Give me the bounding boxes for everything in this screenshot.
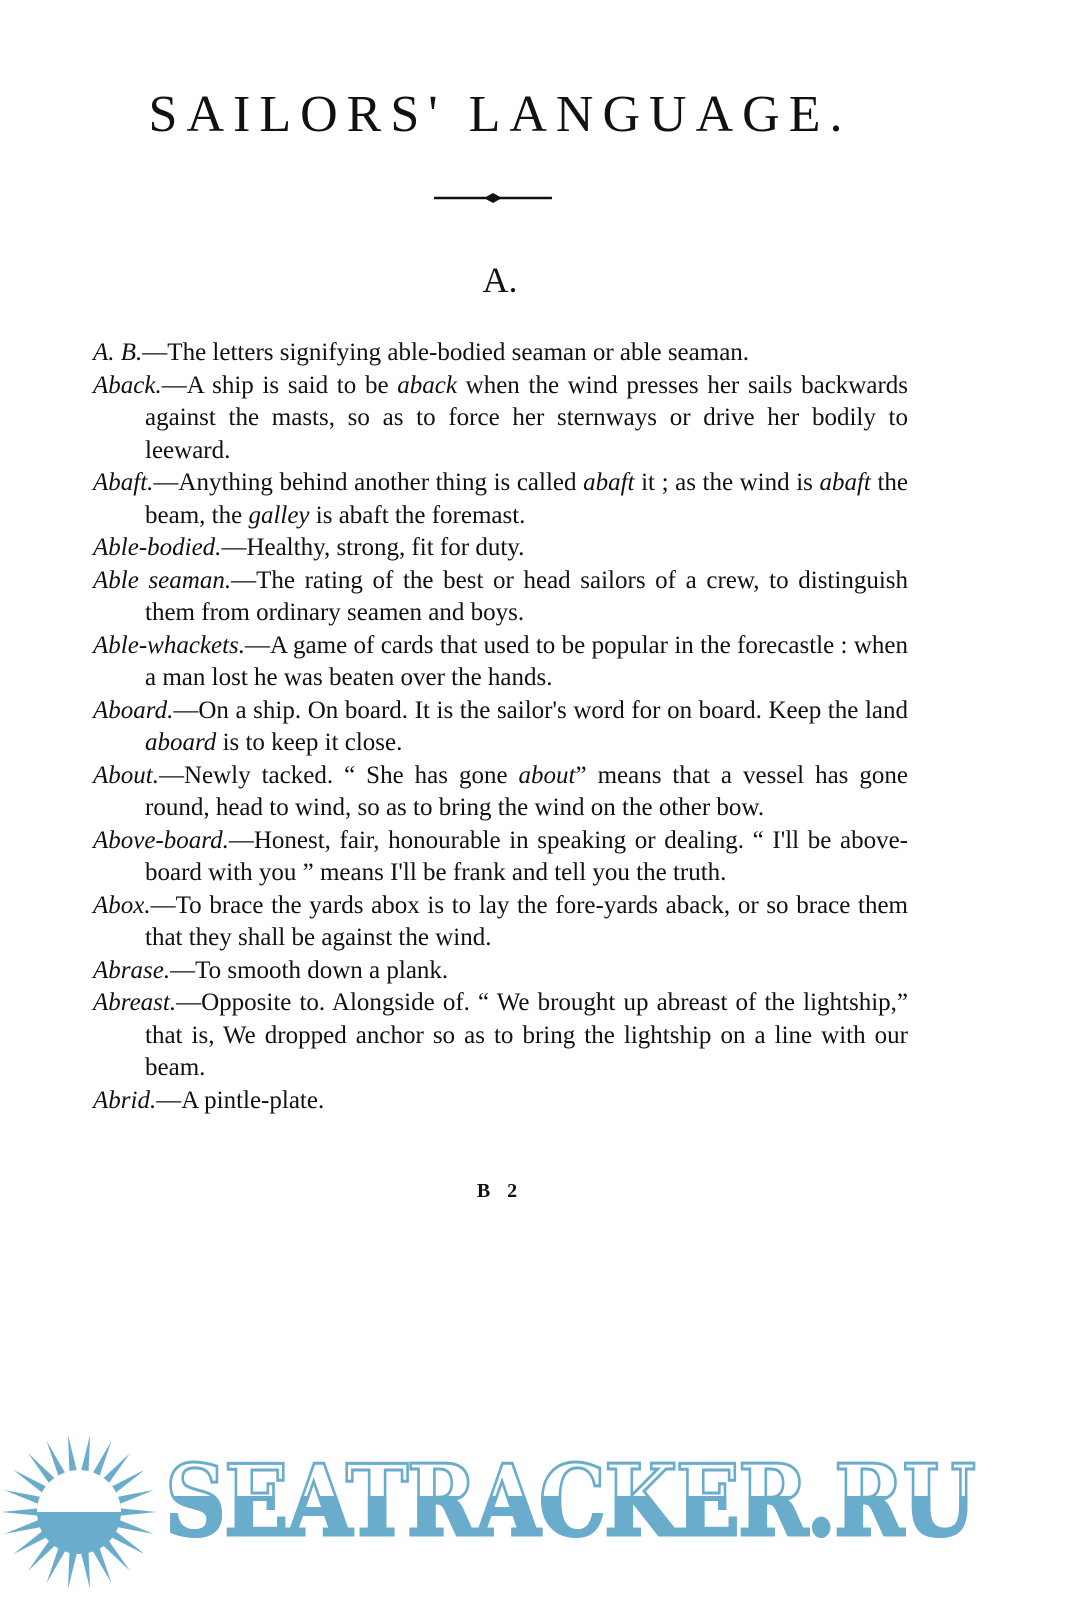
entry-term: Able-whackets.	[93, 632, 245, 659]
section-letter: A.	[0, 258, 1000, 302]
em-dash: —	[153, 469, 178, 496]
glossary-entry: Abox.—To brace the yards abox is to lay …	[93, 890, 908, 955]
glossary-entry: About.—Newly tacked. “ She has gone abou…	[93, 760, 908, 825]
page-title: SAILORS' LANGUAGE.	[0, 84, 1000, 146]
entry-term: Abreast.	[93, 989, 176, 1016]
entry-term: Aboard.	[93, 697, 173, 724]
entry-term: Aback.	[93, 372, 162, 399]
glossary-entry: Aboard.—On a ship. On board. It is the s…	[93, 695, 908, 760]
glossary-entry: Abrase.—To smooth down a plank.	[93, 955, 908, 988]
entry-term: Abaft.	[93, 469, 153, 496]
page-signature-marker: B 2	[0, 1180, 1000, 1203]
em-dash: —	[142, 339, 167, 366]
entry-definition: is abaft the foremast.	[310, 502, 526, 529]
entry-definition: The letters signifying able-bodied seama…	[167, 339, 749, 366]
entry-emphasis: about	[519, 762, 576, 789]
entry-emphasis: galley	[248, 502, 309, 529]
entry-definition: Opposite to. Alongside of. “ We brought …	[145, 989, 908, 1081]
em-dash: —	[231, 567, 256, 594]
em-dash: —	[245, 632, 270, 659]
entry-term: Able-bodied.	[93, 534, 221, 561]
glossary-entry: Abaft.—Anything behind another thing is …	[93, 467, 908, 532]
em-dash: —	[159, 762, 184, 789]
em-dash: —	[221, 534, 246, 561]
entry-term: Able seaman.	[93, 567, 231, 594]
glossary-entry: Abrid.—A pintle-plate.	[93, 1085, 908, 1118]
entry-term: About.	[93, 762, 159, 789]
entry-term: A. B.	[93, 339, 142, 366]
glossary-entry: A. B.—The letters signifying able-bodied…	[93, 337, 908, 370]
entry-term: Above-board.	[93, 827, 229, 854]
ornamental-divider-icon	[434, 190, 552, 206]
entry-definition: A pintle-plate.	[181, 1087, 324, 1114]
entry-definition: Honest, fair, honourable in speaking or …	[145, 827, 908, 887]
entry-definition: Healthy, strong, fit for duty.	[246, 534, 524, 561]
glossary-entry: Able seaman.—The rating of the best or h…	[93, 565, 908, 630]
watermark-text: SEATRACKER.RU	[165, 1452, 974, 1552]
entry-definition: To smooth down a plank.	[195, 957, 448, 984]
entry-emphasis: abaft	[819, 469, 870, 496]
entry-definition: The rating of the best or head sailors o…	[145, 567, 908, 627]
em-dash: —	[229, 827, 254, 854]
entry-definition: it ; as the wind is	[635, 469, 820, 496]
entry-definition: To brace the yards abox is to lay the fo…	[145, 892, 908, 952]
entry-emphasis: aback	[397, 372, 457, 399]
sun-icon	[0, 1412, 158, 1610]
em-dash: —	[151, 892, 176, 919]
entry-term: Abox.	[93, 892, 151, 919]
glossary-entry: Abreast.—Opposite to. Alongside of. “ We…	[93, 987, 908, 1085]
entry-definition: On a ship. On board. It is the sailor's …	[198, 697, 908, 724]
entry-definition: Anything behind another thing is called	[178, 469, 583, 496]
entry-definition: is to keep it close.	[216, 729, 402, 756]
watermark: SEATRACKER.RU	[0, 1412, 1080, 1610]
entry-emphasis: aboard	[145, 729, 216, 756]
glossary-entry: Above-board.—Honest, fair, honourable in…	[93, 825, 908, 890]
glossary-entries: A. B.—The letters signifying able-bodied…	[93, 337, 908, 1117]
entry-emphasis: abaft	[583, 469, 634, 496]
em-dash: —	[173, 697, 198, 724]
entry-definition: Newly tacked. “ She has gone	[184, 762, 519, 789]
em-dash: —	[170, 957, 195, 984]
entry-term: Abrase.	[93, 957, 170, 984]
em-dash: —	[176, 989, 201, 1016]
glossary-entry: Aback.—A ship is said to be aback when t…	[93, 370, 908, 468]
entry-definition: A ship is said to be	[187, 372, 398, 399]
glossary-entry: Able-bodied.—Healthy, strong, fit for du…	[93, 532, 908, 565]
em-dash: —	[156, 1087, 181, 1114]
entry-term: Abrid.	[93, 1087, 156, 1114]
glossary-entry: Able-whackets.—A game of cards that used…	[93, 630, 908, 695]
em-dash: —	[162, 372, 187, 399]
